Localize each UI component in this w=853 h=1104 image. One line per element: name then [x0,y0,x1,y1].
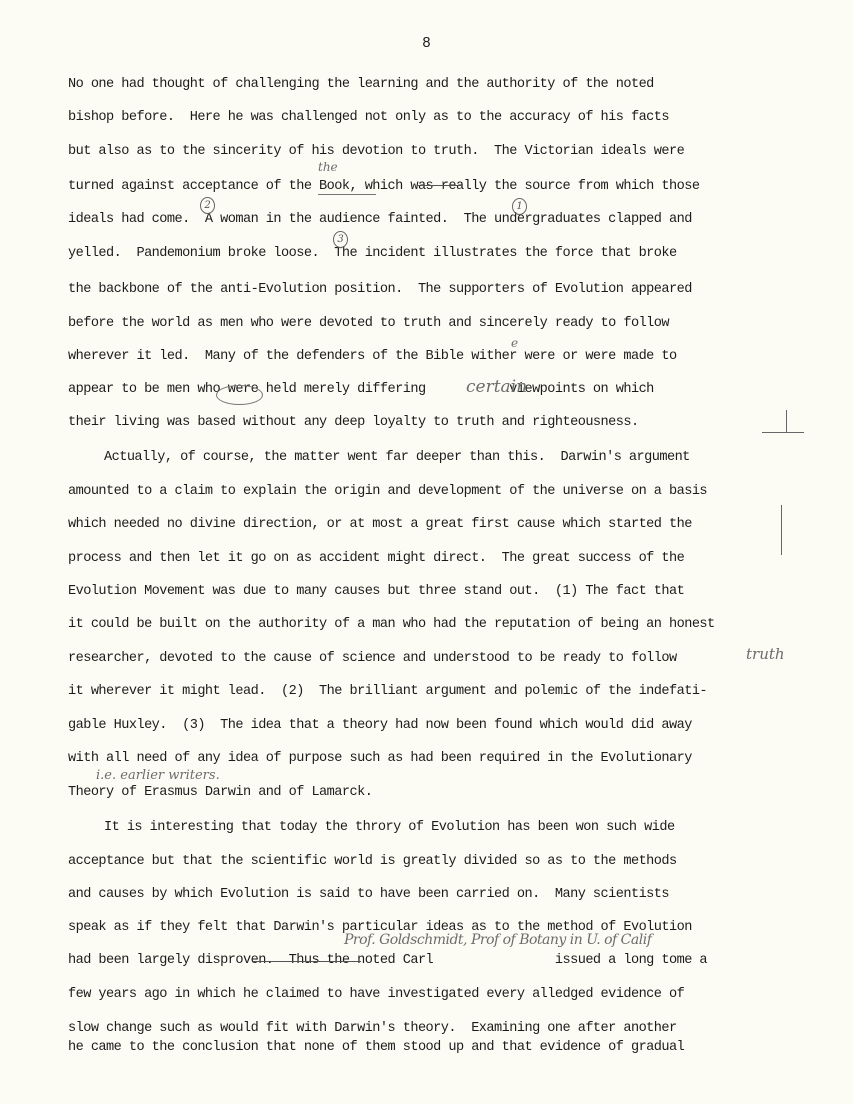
text-line: No one had thought of challenging the le… [68,77,654,93]
text-line: the backbone of the anti-Evolution posit… [68,282,692,298]
text-line: appear to be men who were held merely di… [68,382,654,398]
text-line: few years ago in which he claimed to hav… [68,987,684,1003]
text-line: and causes by which Evolution is said to… [68,887,669,903]
text-line: with all need of any idea of purpose suc… [68,751,692,767]
text-line: he came to the conclusion that none of t… [68,1040,684,1056]
text-line: wherever it led. Many of the defenders o… [68,349,677,365]
annotation-certain: certain [466,377,527,397]
annotation-goldschmidt: Prof. Goldschmidt, Prof of Botany in U. … [344,932,651,948]
text-line: had been largely disproven. Thus the not… [68,953,707,969]
circled-number-3: 3 [333,231,348,248]
margin-mark-horizontal [762,432,804,433]
text-line: process and then let it go on as acciden… [68,551,684,567]
text-line: amounted to a claim to explain the origi… [68,484,707,500]
text-line: gable Huxley. (3) The idea that a theory… [68,718,692,734]
annotation-earlier-writers: i.e. earlier writers. [96,768,220,783]
strike-noted-carl [253,961,361,962]
underline-mark [318,194,376,195]
text-line: Actually, of course, the matter went far… [104,450,690,466]
text-line: Evolution Movement was due to many cause… [68,584,684,600]
document-page: 8 No one had thought of challenging the … [0,0,853,1104]
circled-number-1: 1 [512,198,527,215]
annotation-e: e [511,336,518,350]
text-line: it wherever it might lead. (2) The brill… [68,684,707,700]
annotation-the: the [318,160,338,174]
text-line: slow change such as would fit with Darwi… [68,1021,677,1037]
text-line: which needed no divine direction, or at … [68,517,692,533]
text-line: it could be built on the authority of a … [68,617,715,633]
annotation-truth: truth [746,645,785,663]
circle-mark [216,385,263,405]
text-line: acceptance but that the scientific world… [68,854,677,870]
margin-bracket-mark [781,505,783,555]
text-line: researcher, devoted to the cause of scie… [68,651,677,667]
text-line: their living was based without any deep … [68,415,639,431]
text-line: but also as to the sincerity of his devo… [68,144,684,160]
text-line: Theory of Erasmus Darwin and of Lamarck. [68,785,372,801]
strike-mark [418,185,462,186]
text-line: ideals had come. A woman in the audience… [68,212,692,228]
text-line: before the world as men who were devoted… [68,316,669,332]
page-number: 8 [0,36,853,52]
margin-mark-vertical [786,410,788,432]
circled-number-2: 2 [200,197,215,214]
text-line: yelled. Pandemonium broke loose. The inc… [68,246,677,262]
text-line: turned against acceptance of the Book, w… [68,179,699,195]
text-line: bishop before. Here he was challenged no… [68,110,669,126]
text-line: It is interesting that today the throry … [104,820,675,836]
